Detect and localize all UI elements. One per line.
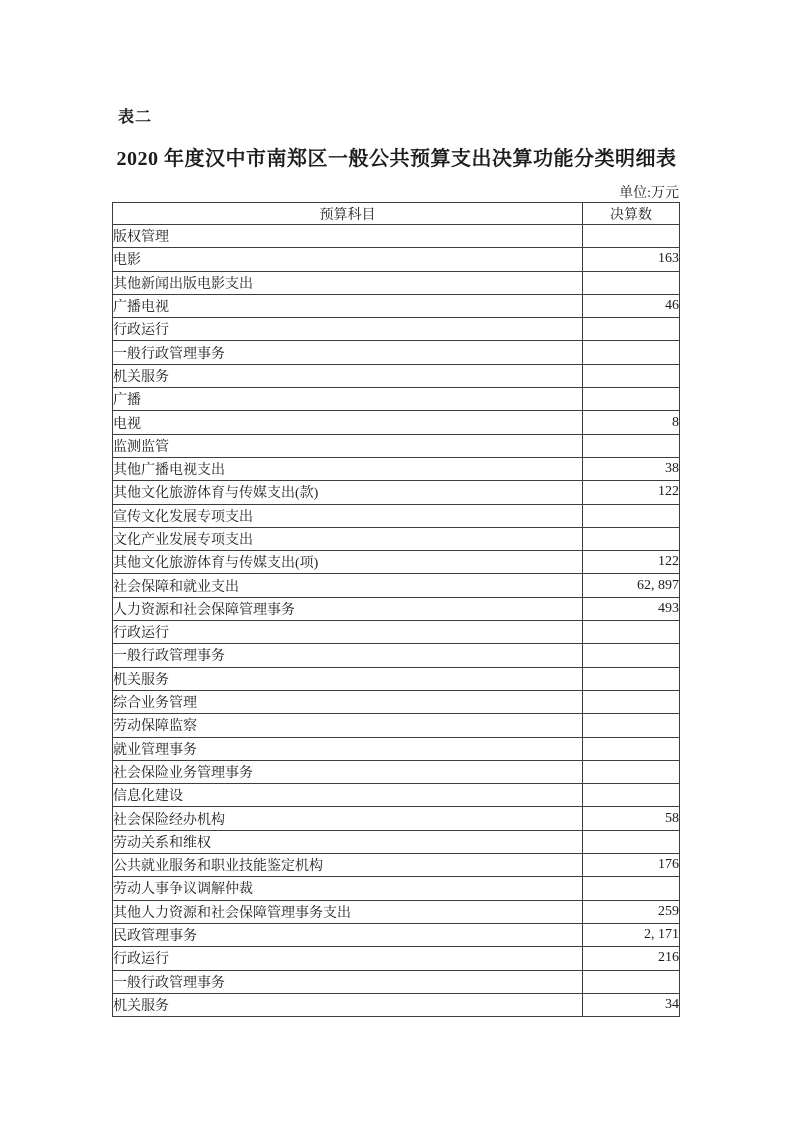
table-row: 广播: [113, 388, 680, 411]
budget-subject-cell: 宣传文化发展专项支出: [113, 504, 583, 527]
final-amount-cell: 122: [583, 551, 680, 574]
budget-subject-cell: 社会保险经办机构: [113, 807, 583, 830]
budget-subject-cell: 机关服务: [113, 993, 583, 1016]
table-row: 其他文化旅游体育与传媒支出(项)122: [113, 551, 680, 574]
final-amount-cell: [583, 667, 680, 690]
budget-subject-cell: 其他人力资源和社会保障管理事务支出: [113, 900, 583, 923]
budget-subject-cell: 劳动保障监察: [113, 714, 583, 737]
budget-subject-cell: 一般行政管理事务: [113, 970, 583, 993]
table-header-row: 预算科目 决算数: [113, 203, 680, 225]
final-amount-cell: 259: [583, 900, 680, 923]
table-row: 劳动人事争议调解仲裁: [113, 877, 680, 900]
budget-subject-cell: 电影: [113, 248, 583, 271]
table-row: 电影163: [113, 248, 680, 271]
table-row: 综合业务管理: [113, 690, 680, 713]
table-row: 社会保险经办机构58: [113, 807, 680, 830]
budget-subject-cell: 公共就业服务和职业技能鉴定机构: [113, 854, 583, 877]
column-header-amount: 决算数: [583, 203, 680, 225]
budget-subject-cell: 社会保险业务管理事务: [113, 760, 583, 783]
table-number-label: 表二: [118, 104, 152, 127]
final-amount-cell: [583, 737, 680, 760]
budget-subject-cell: 其他广播电视支出: [113, 457, 583, 480]
budget-subject-cell: 信息化建设: [113, 784, 583, 807]
final-amount-cell: 493: [583, 597, 680, 620]
budget-subject-cell: 版权管理: [113, 225, 583, 248]
table-row: 其他广播电视支出38: [113, 457, 680, 480]
final-amount-cell: [583, 784, 680, 807]
final-amount-cell: 216: [583, 947, 680, 970]
table-row: 一般行政管理事务: [113, 644, 680, 667]
final-amount-cell: [583, 714, 680, 737]
final-amount-cell: 163: [583, 248, 680, 271]
table-row: 一般行政管理事务: [113, 341, 680, 364]
table-row: 劳动关系和维权: [113, 830, 680, 853]
final-amount-cell: [583, 830, 680, 853]
budget-subject-cell: 劳动关系和维权: [113, 830, 583, 853]
final-amount-cell: [583, 364, 680, 387]
budget-subject-cell: 人力资源和社会保障管理事务: [113, 597, 583, 620]
table-row: 就业管理事务: [113, 737, 680, 760]
table-row: 行政运行: [113, 621, 680, 644]
table-row: 机关服务: [113, 667, 680, 690]
final-amount-cell: [583, 877, 680, 900]
budget-subject-cell: 行政运行: [113, 947, 583, 970]
final-amount-cell: [583, 434, 680, 457]
final-amount-cell: [583, 318, 680, 341]
budget-subject-cell: 行政运行: [113, 621, 583, 644]
table-row: 版权管理: [113, 225, 680, 248]
final-amount-cell: [583, 225, 680, 248]
budget-subject-cell: 劳动人事争议调解仲裁: [113, 877, 583, 900]
final-amount-cell: [583, 760, 680, 783]
table-row: 监测监管: [113, 434, 680, 457]
final-amount-cell: 62, 897: [583, 574, 680, 597]
final-amount-cell: [583, 504, 680, 527]
final-amount-cell: [583, 690, 680, 713]
column-header-subject: 预算科目: [113, 203, 583, 225]
budget-table: 预算科目 决算数 版权管理电影163其他新闻出版电影支出广播电视46行政运行一般…: [112, 202, 680, 1017]
table-row: 其他新闻出版电影支出: [113, 271, 680, 294]
table-row: 民政管理事务2, 171: [113, 923, 680, 946]
final-amount-cell: 176: [583, 854, 680, 877]
final-amount-cell: [583, 527, 680, 550]
table-row: 电视8: [113, 411, 680, 434]
budget-subject-cell: 广播: [113, 388, 583, 411]
budget-subject-cell: 就业管理事务: [113, 737, 583, 760]
final-amount-cell: [583, 970, 680, 993]
final-amount-cell: 34: [583, 993, 680, 1016]
table-row: 广播电视46: [113, 294, 680, 317]
table-row: 一般行政管理事务: [113, 970, 680, 993]
final-amount-cell: [583, 271, 680, 294]
final-amount-cell: 122: [583, 481, 680, 504]
table-row: 机关服务: [113, 364, 680, 387]
table-row: 行政运行: [113, 318, 680, 341]
final-amount-cell: [583, 644, 680, 667]
table-row: 人力资源和社会保障管理事务493: [113, 597, 680, 620]
budget-subject-cell: 电视: [113, 411, 583, 434]
table-row: 机关服务34: [113, 993, 680, 1016]
final-amount-cell: [583, 388, 680, 411]
budget-subject-cell: 机关服务: [113, 364, 583, 387]
final-amount-cell: 8: [583, 411, 680, 434]
table-row: 社会保障和就业支出62, 897: [113, 574, 680, 597]
final-amount-cell: 58: [583, 807, 680, 830]
table-body: 版权管理电影163其他新闻出版电影支出广播电视46行政运行一般行政管理事务机关服…: [113, 225, 680, 1017]
budget-subject-cell: 行政运行: [113, 318, 583, 341]
budget-subject-cell: 监测监管: [113, 434, 583, 457]
budget-subject-cell: 民政管理事务: [113, 923, 583, 946]
table-row: 宣传文化发展专项支出: [113, 504, 680, 527]
table-row: 社会保险业务管理事务: [113, 760, 680, 783]
table-row: 文化产业发展专项支出: [113, 527, 680, 550]
budget-subject-cell: 其他文化旅游体育与传媒支出(项): [113, 551, 583, 574]
final-amount-cell: [583, 341, 680, 364]
budget-subject-cell: 广播电视: [113, 294, 583, 317]
final-amount-cell: 2, 171: [583, 923, 680, 946]
table-row: 行政运行216: [113, 947, 680, 970]
table-row: 劳动保障监察: [113, 714, 680, 737]
final-amount-cell: 46: [583, 294, 680, 317]
table-row: 其他文化旅游体育与传媒支出(款)122: [113, 481, 680, 504]
table-row: 其他人力资源和社会保障管理事务支出259: [113, 900, 680, 923]
budget-subject-cell: 社会保障和就业支出: [113, 574, 583, 597]
final-amount-cell: [583, 621, 680, 644]
budget-subject-cell: 一般行政管理事务: [113, 644, 583, 667]
unit-note: 单位:万元: [619, 182, 679, 202]
table-row: 信息化建设: [113, 784, 680, 807]
table-row: 公共就业服务和职业技能鉴定机构176: [113, 854, 680, 877]
budget-subject-cell: 文化产业发展专项支出: [113, 527, 583, 550]
budget-subject-cell: 机关服务: [113, 667, 583, 690]
budget-subject-cell: 其他文化旅游体育与传媒支出(款): [113, 481, 583, 504]
budget-subject-cell: 其他新闻出版电影支出: [113, 271, 583, 294]
budget-subject-cell: 综合业务管理: [113, 690, 583, 713]
budget-subject-cell: 一般行政管理事务: [113, 341, 583, 364]
final-amount-cell: 38: [583, 457, 680, 480]
document-title: 2020 年度汉中市南郑区一般公共预算支出决算功能分类明细表: [0, 142, 793, 171]
